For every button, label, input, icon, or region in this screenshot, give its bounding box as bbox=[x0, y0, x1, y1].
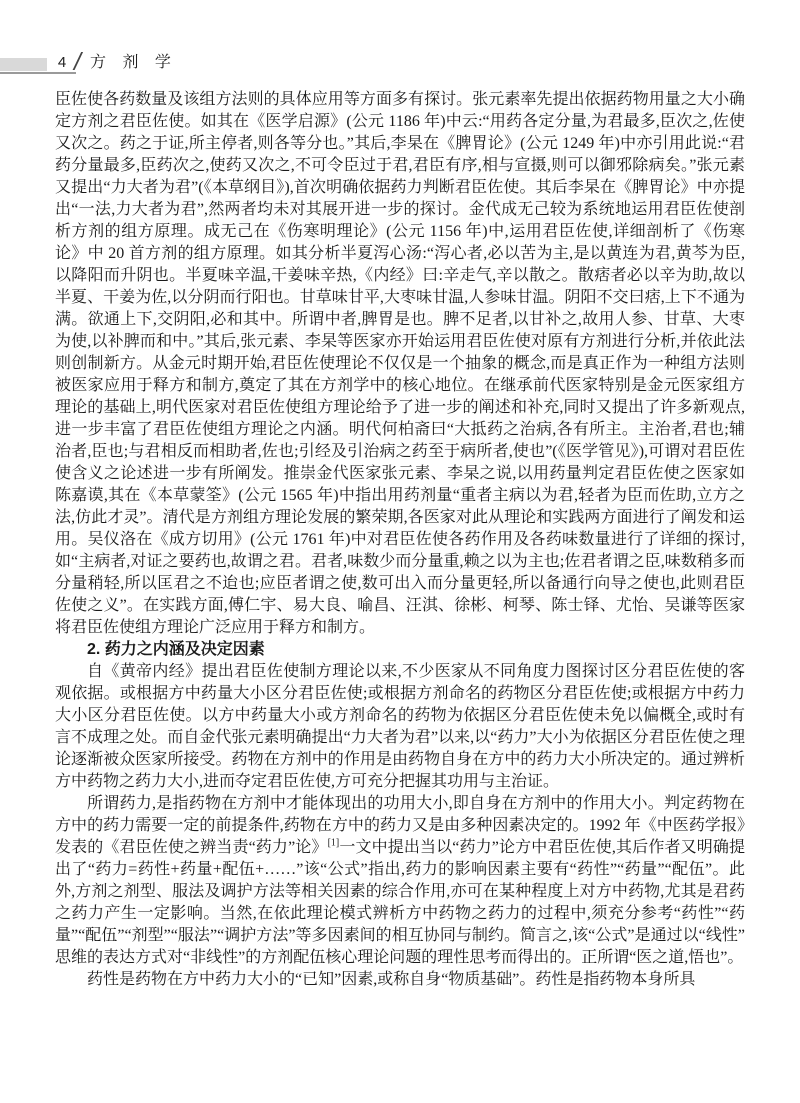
footnote-reference-1: [1] bbox=[328, 838, 340, 849]
header-bar-decoration bbox=[0, 58, 47, 71]
page-number: 4 bbox=[52, 54, 72, 72]
header-rule bbox=[0, 72, 76, 74]
running-head: 4 / 方 剂 学 bbox=[0, 0, 800, 80]
page-body-text: 臣佐使各药数量及该组方法则的具体应用等方面多有探讨。张元素率先提出依据药物用量之… bbox=[55, 89, 745, 991]
paragraph-yaoxing-intro: 药性是药物在方中药力大小的“已知”因素,或称自身“物质基础”。药性是指药物本身所… bbox=[55, 969, 745, 991]
paragraph-yaoli-definition: 所谓药力,是指药物在方剂中才能体现出的功用大小,即自身在方剂中的作用大小。判定药… bbox=[55, 793, 745, 969]
paragraph-text-after-ref: 一文中提出当以“药力”论方中君臣佐使,其后作者又明确提出了“药力=药性+药量+配… bbox=[55, 839, 745, 966]
textbook-page: 4 / 方 剂 学 臣佐使各药数量及该组方法则的具体应用等方面多有探讨。张元素率… bbox=[0, 0, 800, 1103]
paragraph-junchen-history: 臣佐使各药数量及该组方法则的具体应用等方面多有探讨。张元素率先提出依据药物用量之… bbox=[55, 89, 745, 639]
book-title: 方 剂 学 bbox=[90, 54, 177, 72]
section-heading-yaoli: 2. 药力之内涵及决定因素 bbox=[55, 639, 745, 661]
paragraph-yaoli-basis: 自《黄帝内经》提出君臣佐使制方理论以来,不少医家从不同角度力图探讨区分君臣佐使的… bbox=[55, 661, 745, 793]
slash-separator-icon: / bbox=[74, 50, 81, 75]
